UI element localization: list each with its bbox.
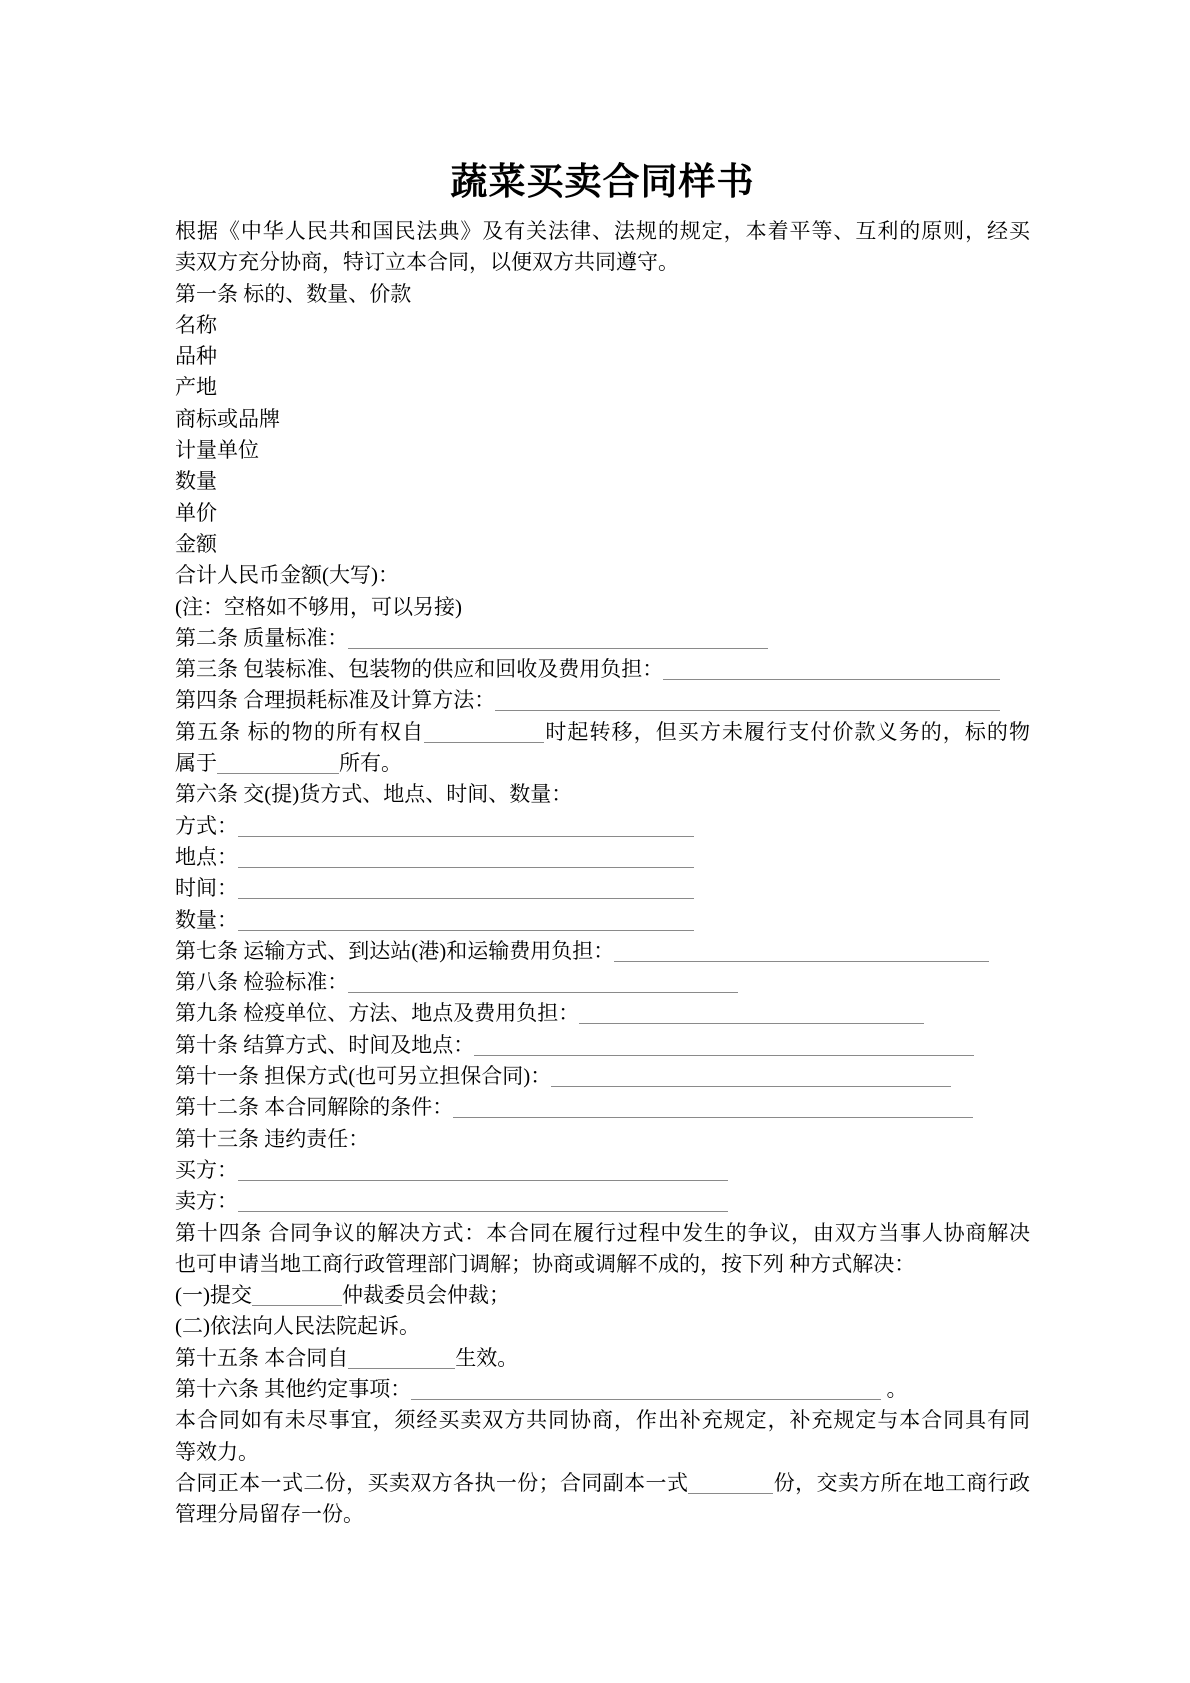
clause-13-heading: 第十三条 违约责任： bbox=[175, 1124, 1030, 1155]
clause-3-packaging: 第三条 包装标准、包装物的供应和回收及费用负担： bbox=[175, 654, 1030, 685]
dispute-option-2: (二)依法向人民法院起诉。 bbox=[175, 1311, 1030, 1342]
clause-4-loss-standard: 第四条 合理损耗标准及计算方法： bbox=[175, 685, 1030, 716]
text-run: 根据《中华人民共和国民法典》及有关法律、法规的规定，本着平等、互利的原则，经买 bbox=[175, 219, 1030, 243]
text-run: (注：空格如不够用，可以另接) bbox=[175, 595, 462, 619]
clause-16-other: 第十六条 其他约定事项： 。 bbox=[175, 1374, 1030, 1405]
field-delivery-method: 方式： bbox=[175, 811, 1030, 842]
clause-8-inspection: 第八条 检验标准： bbox=[175, 967, 1030, 998]
field-delivery-quantity: 数量： bbox=[175, 905, 1030, 936]
clause-6-heading: 第六条 交(提)货方式、地点、时间、数量： bbox=[175, 779, 1030, 810]
text-run: 第十二条 本合同解除的条件： bbox=[175, 1095, 453, 1119]
text-run: 属于 bbox=[175, 751, 217, 775]
intro-line-1: 根据《中华人民共和国民法典》及有关法律、法规的规定，本着平等、互利的原则，经买 bbox=[175, 216, 1030, 247]
text-run: 第五条 标的物的所有权自 bbox=[175, 720, 424, 744]
text-run: (二)依法向人民法院起诉。 bbox=[175, 1314, 420, 1338]
text-run: 第二条 质量标准： bbox=[175, 626, 348, 650]
text-run: 计量单位 bbox=[175, 438, 259, 462]
clause-15-effective: 第十五条 本合同自生效。 bbox=[175, 1343, 1030, 1374]
text-run: 单价 bbox=[175, 501, 217, 525]
text-run: 第六条 交(提)货方式、地点、时间、数量： bbox=[175, 782, 572, 806]
field-seller-liability: 卖方： bbox=[175, 1186, 1030, 1217]
clause-5-line-1: 第五条 标的物的所有权自时起转移，但买方未履行支付价款义务的，标的物 bbox=[175, 717, 1030, 748]
text-run: 第三条 包装标准、包装物的供应和回收及费用负担： bbox=[175, 657, 663, 681]
text-run: 时间： bbox=[175, 876, 238, 900]
contract-document: 蔬菜买卖合同样书 根据《中华人民共和国民法典》及有关法律、法规的规定，本着平等、… bbox=[0, 0, 1190, 1530]
fill-in-blank bbox=[238, 1161, 728, 1181]
field-unit-price: 单价 bbox=[175, 498, 1030, 529]
fill-in-blank bbox=[495, 691, 1000, 711]
clause-11-guarantee: 第十一条 担保方式(也可另立担保合同)： bbox=[175, 1061, 1030, 1092]
clause-10-settlement: 第十条 结算方式、时间及地点： bbox=[175, 1030, 1030, 1061]
field-name: 名称 bbox=[175, 310, 1030, 341]
supplement-line-2: 等效力。 bbox=[175, 1437, 1030, 1468]
intro-line-2: 卖双方充分协商，特订立本合同，以便双方共同遵守。 bbox=[175, 247, 1030, 278]
field-delivery-place: 地点： bbox=[175, 842, 1030, 873]
text-run: 第十一条 担保方式(也可另立担保合同)： bbox=[175, 1064, 551, 1088]
fill-in-blank bbox=[217, 754, 339, 774]
clause-5-line-2: 属于所有。 bbox=[175, 748, 1030, 779]
text-run: 数量 bbox=[175, 469, 217, 493]
fill-in-blank bbox=[424, 723, 544, 743]
text-run: 时起转移，但买方未履行支付价款义务的，标的物 bbox=[544, 720, 1030, 744]
text-run: 卖方： bbox=[175, 1189, 238, 1213]
field-quantity: 数量 bbox=[175, 466, 1030, 497]
text-run: 第十三条 违约责任： bbox=[175, 1127, 369, 1151]
fill-in-blank bbox=[551, 1067, 951, 1087]
contract-page: 蔬菜买卖合同样书 根据《中华人民共和国民法典》及有关法律、法规的规定，本着平等、… bbox=[0, 0, 1190, 1683]
fill-in-blank bbox=[348, 1349, 455, 1369]
text-run: 名称 bbox=[175, 313, 217, 337]
text-run: 第七条 运输方式、到达站(港)和运输费用负担： bbox=[175, 939, 614, 963]
text-run: 卖双方充分协商，特订立本合同，以便双方共同遵守。 bbox=[175, 250, 679, 274]
fill-in-blank bbox=[238, 817, 694, 837]
text-run: 商标或品牌 bbox=[175, 407, 280, 431]
clause-1-heading: 第一条 标的、数量、价款 bbox=[175, 279, 1030, 310]
text-run: 产地 bbox=[175, 375, 217, 399]
fill-in-blank bbox=[688, 1474, 773, 1494]
fill-in-blank bbox=[411, 1380, 881, 1400]
text-run: 第一条 标的、数量、价款 bbox=[175, 282, 411, 306]
fill-in-blank bbox=[348, 973, 738, 993]
fill-in-blank bbox=[348, 629, 768, 649]
field-total-amount-in-words: 合计人民币金额(大写)： bbox=[175, 560, 1030, 591]
text-run: 第十四条 合同争议的解决方式：本合同在履行过程中发生的争议，由双方当事人协商解决 bbox=[175, 1221, 1030, 1245]
fill-in-blank bbox=[614, 942, 989, 962]
clause-7-transport: 第七条 运输方式、到达站(港)和运输费用负担： bbox=[175, 936, 1030, 967]
copies-line-2: 管理分局留存一份。 bbox=[175, 1499, 1030, 1530]
text-run: 本合同如有未尽事宜，须经买卖双方共同协商，作出补充规定，补充规定与本合同具有同 bbox=[175, 1408, 1030, 1432]
text-run: 管理分局留存一份。 bbox=[175, 1502, 364, 1526]
fill-in-blank bbox=[238, 848, 694, 868]
text-run: 第九条 检疫单位、方法、地点及费用负担： bbox=[175, 1001, 579, 1025]
text-run: 份，交卖方所在地工商行政 bbox=[773, 1471, 1030, 1495]
text-run: 金额 bbox=[175, 532, 217, 556]
field-variety: 品种 bbox=[175, 341, 1030, 372]
document-title: 蔬菜买卖合同样书 bbox=[175, 160, 1030, 206]
text-run: 。 bbox=[881, 1377, 907, 1401]
text-run: 第十条 结算方式、时间及地点： bbox=[175, 1033, 474, 1057]
document-body: 根据《中华人民共和国民法典》及有关法律、法规的规定，本着平等、互利的原则，经买卖… bbox=[175, 216, 1030, 1530]
copies-line-1: 合同正本一式二份，买卖双方各执一份；合同副本一式份，交卖方所在地工商行政 bbox=[175, 1468, 1030, 1499]
field-amount: 金额 bbox=[175, 529, 1030, 560]
fill-in-blank bbox=[238, 879, 694, 899]
text-run: 合计人民币金额(大写)： bbox=[175, 563, 399, 587]
text-run: 仲裁委员会仲裁； bbox=[342, 1283, 510, 1307]
field-trademark-brand: 商标或品牌 bbox=[175, 404, 1030, 435]
fill-in-blank bbox=[453, 1098, 973, 1118]
field-buyer-liability: 买方： bbox=[175, 1155, 1030, 1186]
field-measure-unit: 计量单位 bbox=[175, 435, 1030, 466]
text-run: 生效。 bbox=[455, 1346, 518, 1370]
text-run: (一)提交 bbox=[175, 1283, 252, 1307]
clause-2-quality: 第二条 质量标准： bbox=[175, 623, 1030, 654]
text-run: 地点： bbox=[175, 845, 238, 869]
text-run: 合同正本一式二份，买卖双方各执一份；合同副本一式 bbox=[175, 1471, 688, 1495]
text-run: 方式： bbox=[175, 814, 238, 838]
text-run: 等效力。 bbox=[175, 1440, 259, 1464]
fill-in-blank bbox=[663, 660, 1000, 680]
text-run: 第十六条 其他约定事项： bbox=[175, 1377, 411, 1401]
text-run: 第十五条 本合同自 bbox=[175, 1346, 348, 1370]
field-delivery-time: 时间： bbox=[175, 873, 1030, 904]
text-run: 第四条 合理损耗标准及计算方法： bbox=[175, 688, 495, 712]
fill-in-blank bbox=[238, 911, 694, 931]
fill-in-blank bbox=[579, 1004, 924, 1024]
fill-in-blank bbox=[238, 1192, 728, 1212]
text-run: 也可申请当地工商行政管理部门调解；协商或调解不成的，按下列 种方式解决： bbox=[175, 1252, 915, 1276]
text-run: 品种 bbox=[175, 344, 217, 368]
clause-12-termination: 第十二条 本合同解除的条件： bbox=[175, 1092, 1030, 1123]
clause-14-line-2: 也可申请当地工商行政管理部门调解；协商或调解不成的，按下列 种方式解决： bbox=[175, 1249, 1030, 1280]
supplement-line-1: 本合同如有未尽事宜，须经买卖双方共同协商，作出补充规定，补充规定与本合同具有同 bbox=[175, 1405, 1030, 1436]
text-run: 数量： bbox=[175, 908, 238, 932]
text-run: 所有。 bbox=[339, 751, 402, 775]
text-run: 买方： bbox=[175, 1158, 238, 1182]
field-origin: 产地 bbox=[175, 372, 1030, 403]
text-run: 第八条 检验标准： bbox=[175, 970, 348, 994]
dispute-option-1: (一)提交仲裁委员会仲裁； bbox=[175, 1280, 1030, 1311]
fill-in-blank bbox=[474, 1036, 974, 1056]
fill-in-blank bbox=[252, 1286, 342, 1306]
clause-9-quarantine: 第九条 检疫单位、方法、地点及费用负担： bbox=[175, 998, 1030, 1029]
note-line: (注：空格如不够用，可以另接) bbox=[175, 592, 1030, 623]
clause-14-line-1: 第十四条 合同争议的解决方式：本合同在履行过程中发生的争议，由双方当事人协商解决 bbox=[175, 1218, 1030, 1249]
